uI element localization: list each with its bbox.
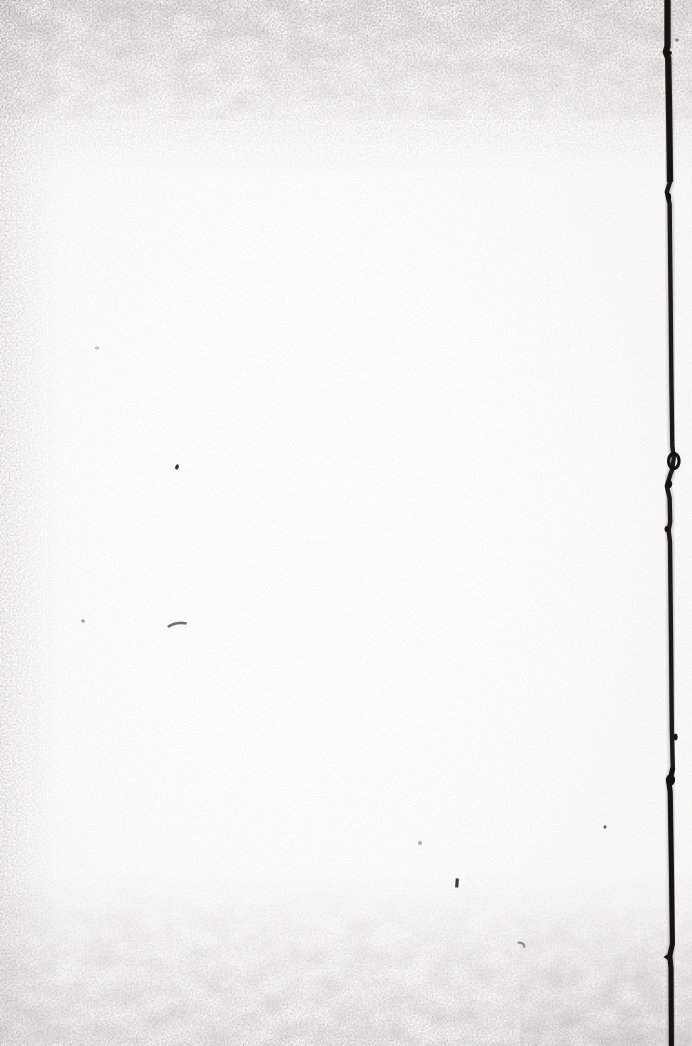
- ink-speck: [174, 464, 179, 470]
- grain-overall: [0, 0, 692, 1046]
- paper-grain-texture: [0, 0, 692, 1046]
- binding-thread-line: [664, 0, 680, 1046]
- ink-speck: [519, 941, 526, 947]
- mottle-top-band: [0, 0, 692, 120]
- ink-speck: [95, 347, 100, 350]
- ink-speck: [455, 878, 459, 887]
- grain-left-band: [0, 0, 60, 1046]
- scan-overlay: [0, 0, 692, 1046]
- thread-tick: [665, 526, 669, 532]
- mottle-bottom-right: [520, 920, 692, 1046]
- ink-speck: [80, 619, 85, 624]
- thread-blob: [666, 480, 672, 488]
- scanned-page: [0, 0, 692, 1046]
- ink-speck: [168, 622, 185, 626]
- ink-speck: [418, 841, 422, 845]
- grain-top-band: [0, 0, 692, 175]
- thread-blob: [666, 774, 675, 785]
- ink-speck: [675, 39, 678, 42]
- thread-blob: [667, 51, 672, 55]
- ink-speck: [604, 825, 607, 829]
- grain-bottom-band: [0, 872, 692, 1046]
- ink-specks: [80, 39, 678, 948]
- mottle-bottom-band: [0, 872, 692, 1046]
- binding-line-bottom: [669, 768, 673, 1046]
- thread-tick: [673, 734, 677, 741]
- thread-blob: [666, 193, 671, 202]
